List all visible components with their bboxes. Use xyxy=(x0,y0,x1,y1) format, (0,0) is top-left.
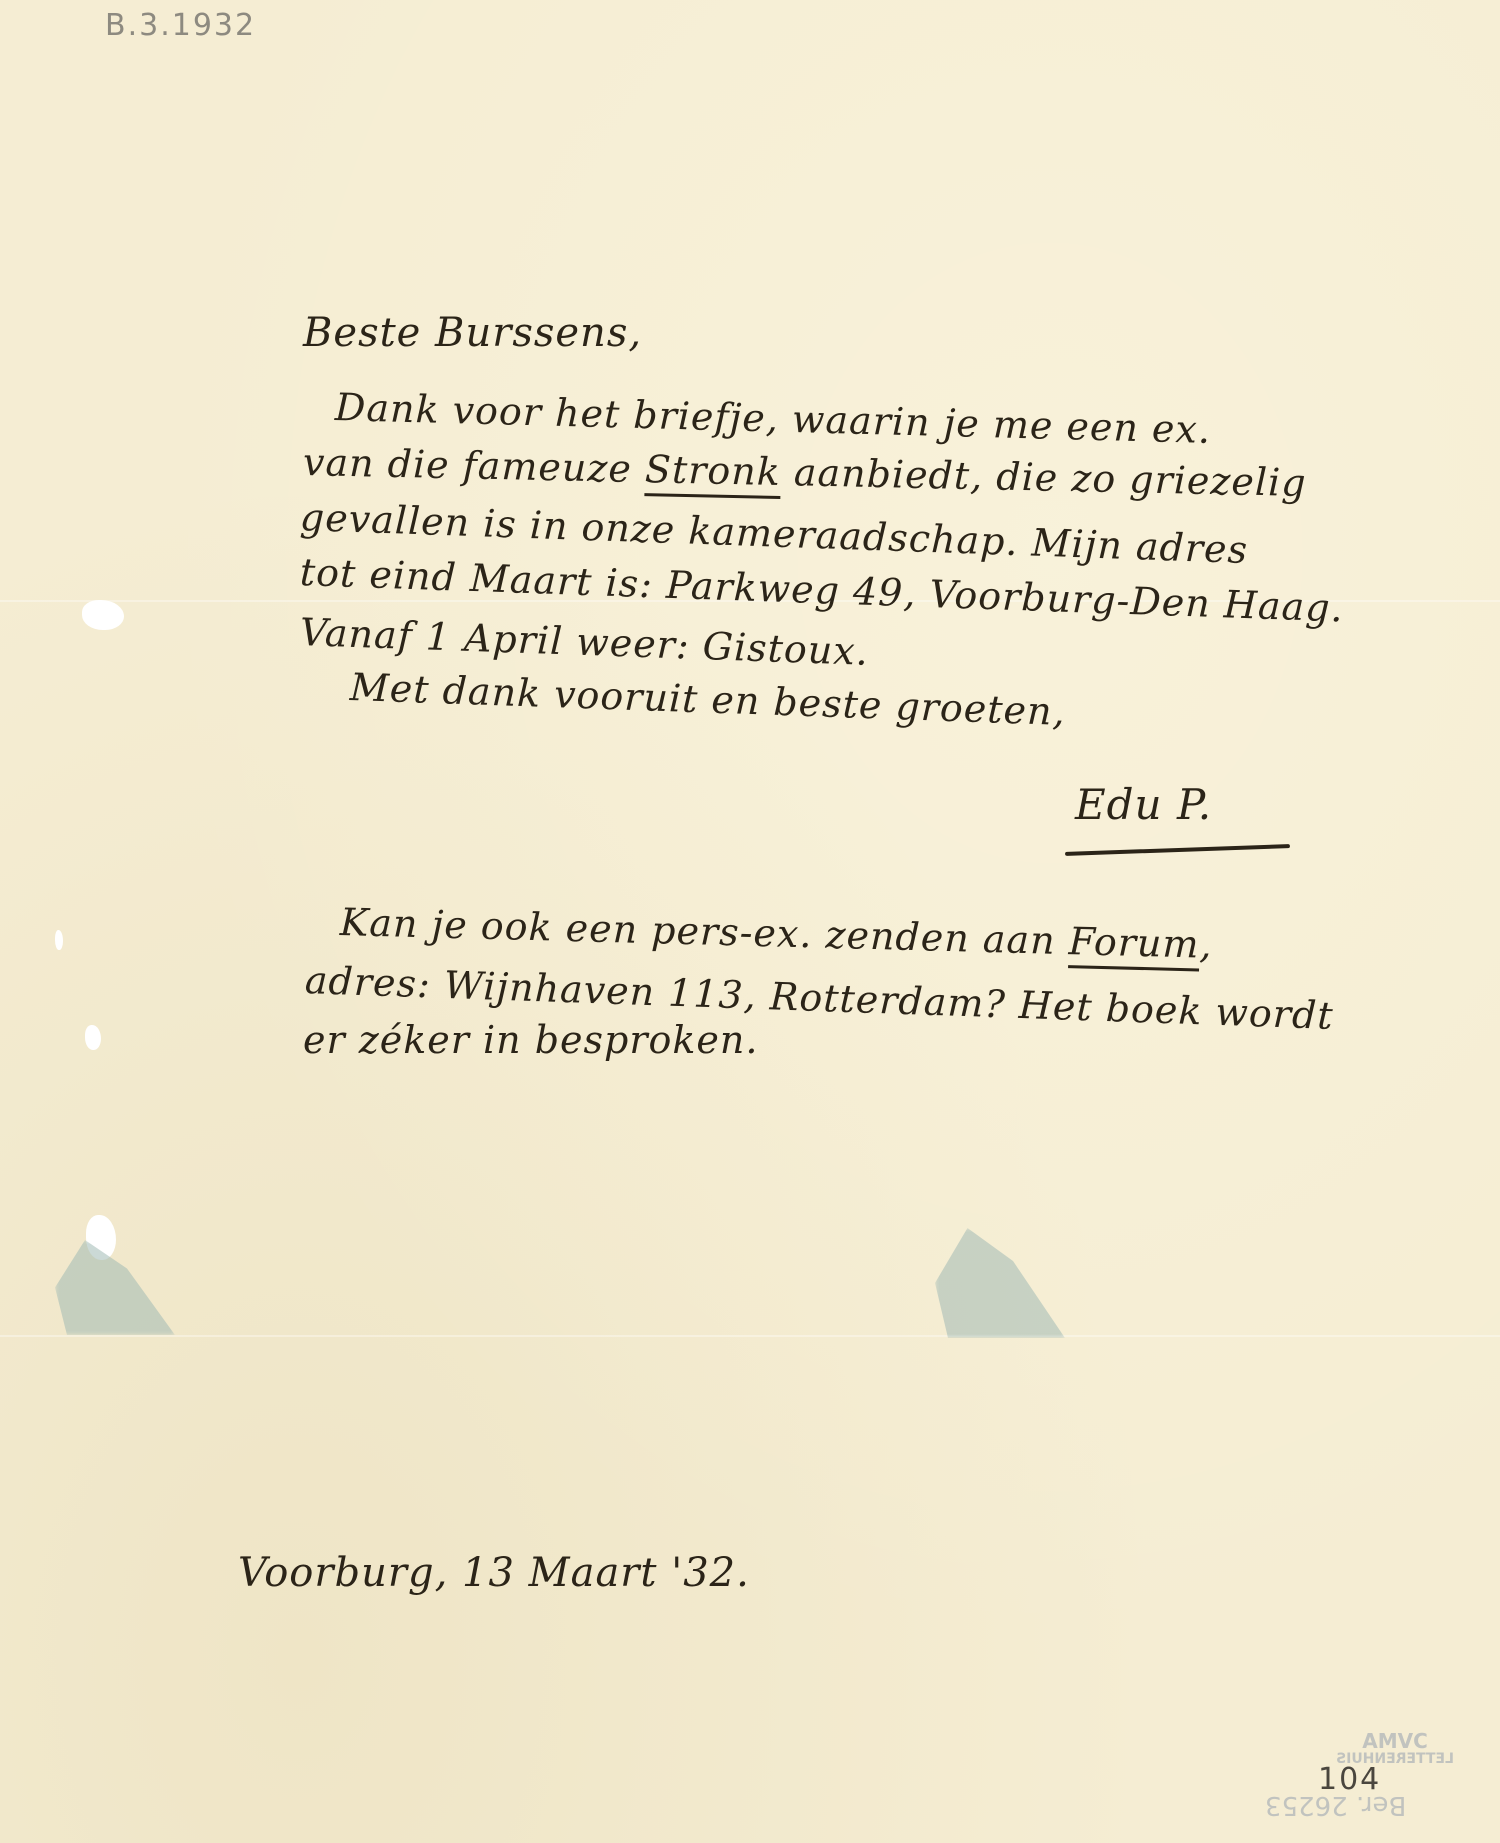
letter-sheet: B.3.1932 Beste Burssens, Dank voor het b… xyxy=(0,0,1500,1843)
stamp-line-1: AMVC xyxy=(1330,1730,1460,1752)
signature: Edu P. xyxy=(1075,780,1212,829)
paper-hole xyxy=(82,600,124,630)
signature-underline xyxy=(1065,844,1290,856)
postscript-line-3: er zéker in besproken. xyxy=(303,1018,758,1062)
paper-tear xyxy=(55,930,63,950)
place-date: Voorburg, 13 Maart '32. xyxy=(238,1550,750,1596)
body-line-1: Dank voor het briefje, waarin je me een … xyxy=(334,385,1211,452)
fold-line xyxy=(0,1335,1500,1337)
body-line-5: Vanaf 1 April weer: Gistoux. xyxy=(299,610,869,674)
paper-tear xyxy=(85,1025,101,1050)
postscript-line-1: Kan je ook een pers-ex. zenden aan Forum… xyxy=(339,900,1213,967)
shelfmark: Ber. 26253 xyxy=(1265,1790,1406,1820)
water-stain xyxy=(55,1240,175,1335)
closing-line: Met dank vooruit en beste groeten, xyxy=(349,665,1066,734)
water-stain xyxy=(935,1228,1065,1338)
underlined-title: Stronk xyxy=(644,447,781,499)
underlined-journal: Forum xyxy=(1068,919,1200,971)
salutation: Beste Burssens, xyxy=(303,310,642,356)
archive-pencil-date: B.3.1932 xyxy=(105,8,256,43)
